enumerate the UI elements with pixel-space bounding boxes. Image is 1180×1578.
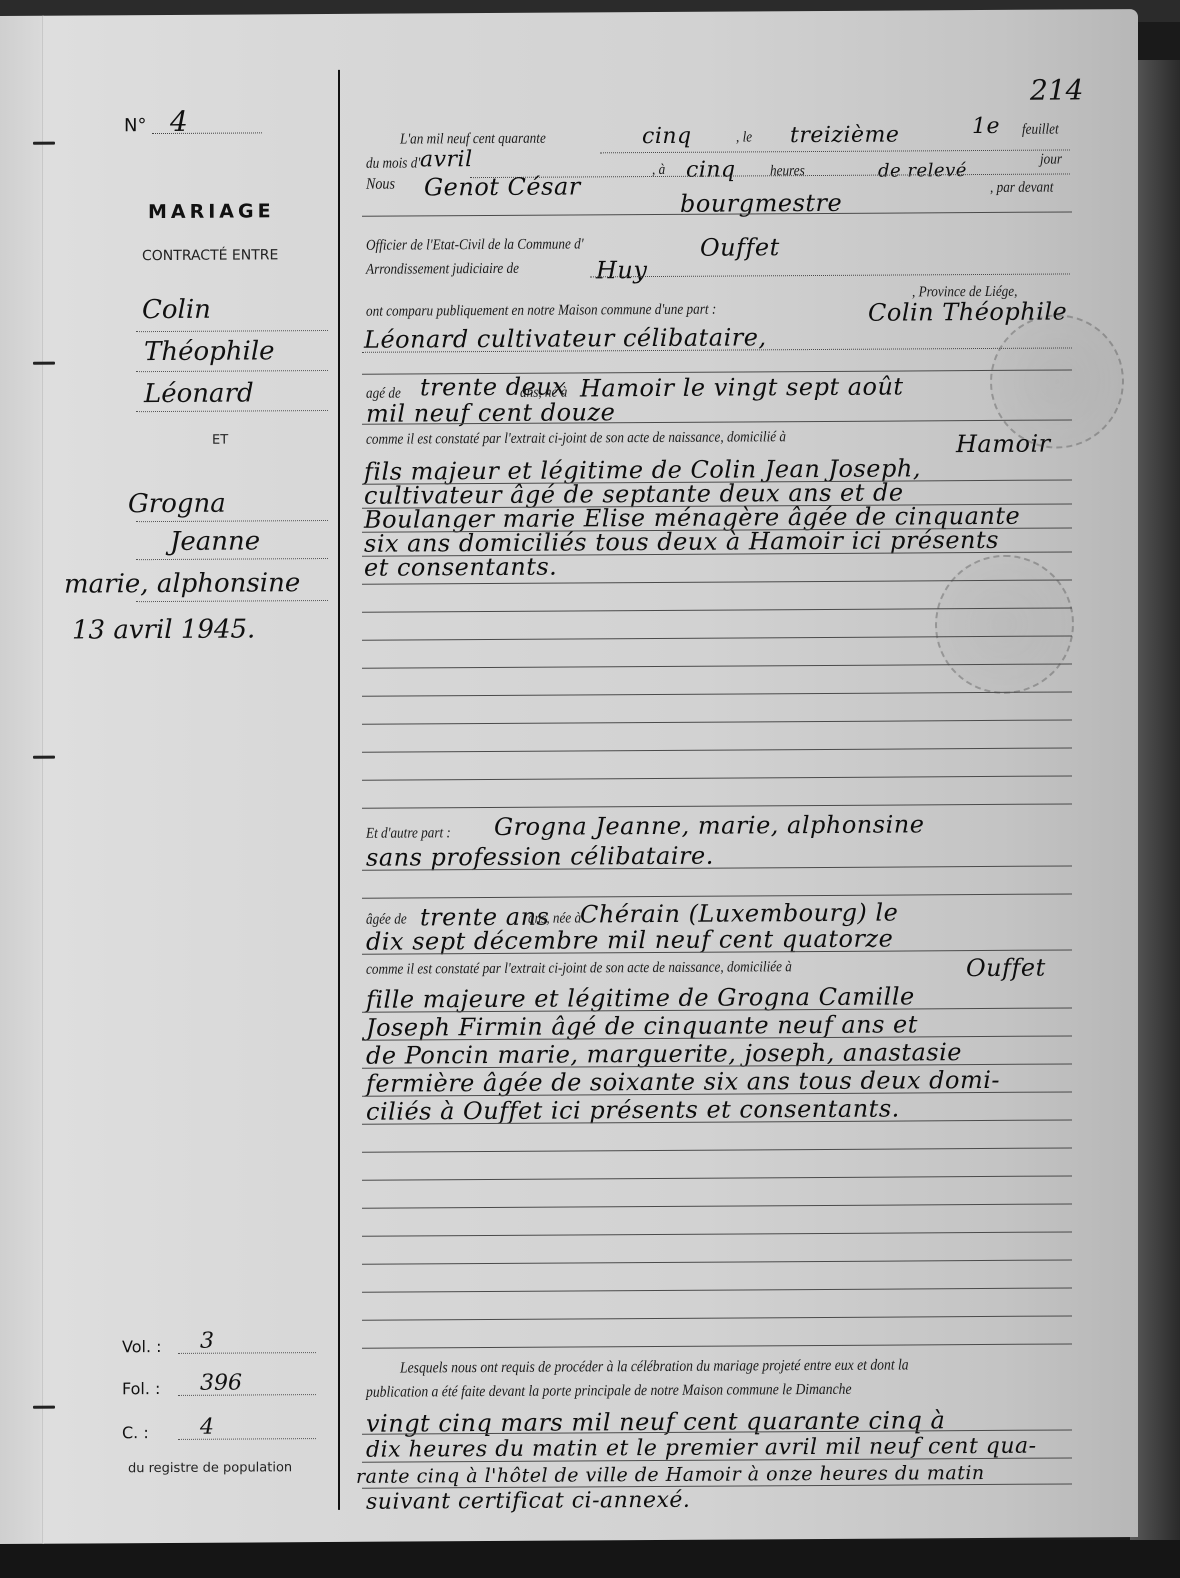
- spouse2-firstname: Jeanne: [170, 526, 260, 557]
- spouse1-line: [136, 330, 328, 332]
- scan-backdrop-bottom: [0, 1540, 1180, 1578]
- spouse2-line: [136, 520, 328, 522]
- binding-gutter: [42, 16, 44, 1544]
- margin-column: N° 4 MARIAGE CONTRACTÉ ENTRE Colin Théop…: [100, 14, 330, 15]
- spouse2-line: [136, 600, 328, 602]
- ruled-line: [362, 719, 1072, 724]
- column-divider: [338, 70, 340, 1510]
- officer-name: Genot César: [424, 172, 581, 201]
- groom-constat: comme il est constaté par l'extrait ci-j…: [366, 429, 786, 449]
- ruled-line: [362, 1287, 1072, 1292]
- groom-name-line1: Colin Théophile: [868, 297, 1067, 326]
- year-word: cinq: [642, 124, 692, 149]
- sheet-label: feuillet: [1022, 122, 1059, 139]
- c-label: C. :: [122, 1423, 149, 1442]
- spouse2-line: [136, 558, 328, 560]
- binding-stitch: [33, 362, 55, 365]
- register-c: C. : 4: [122, 1423, 149, 1442]
- bride-constat: comme il est constaté par l'extrait ci-j…: [366, 959, 792, 979]
- hour-label: heures: [770, 163, 805, 180]
- bride-ans-nee: ans, née à: [528, 910, 581, 927]
- ruled-line: [362, 1343, 1072, 1348]
- spouse2-middlenames: marie, alphonsine: [64, 568, 300, 599]
- ruled-line: [362, 1147, 1072, 1152]
- vol-value: 3: [200, 1329, 214, 1354]
- ruled-line: [362, 803, 1072, 808]
- ruled-line: [362, 893, 1072, 898]
- groom-parents-line5: et consentants.: [364, 553, 557, 582]
- ruled-line: [362, 1315, 1072, 1320]
- bride-intro: Et d'autre part :: [366, 825, 451, 843]
- jour-label: jour: [1040, 152, 1062, 169]
- register-vol: Vol. : 3: [122, 1337, 162, 1356]
- number-label: N°: [124, 115, 146, 136]
- hour-value: cinq: [686, 158, 736, 183]
- act-title: MARIAGE: [148, 200, 275, 223]
- vol-label: Vol. :: [122, 1337, 162, 1356]
- period-value: de relevé: [878, 160, 967, 182]
- bride-name-line1: Grogna Jeanne, marie, alphonsine: [494, 810, 924, 841]
- ruled-line: [362, 691, 1072, 696]
- ruled-line: [362, 1203, 1072, 1208]
- fol-line: [178, 1394, 316, 1396]
- le-label: , le: [736, 129, 752, 146]
- register-page: 214 N° 4 MARIAGE CONTRACTÉ ENTRE Colin T…: [0, 9, 1138, 1544]
- publication-line2: publication a été faite devant la porte …: [366, 1381, 851, 1402]
- c-value: 4: [200, 1415, 214, 1440]
- official-stamp: [990, 314, 1124, 449]
- ruled-line: [590, 273, 1070, 277]
- ruled-line: [362, 1175, 1072, 1180]
- month-prefix: du mois d': [366, 155, 420, 172]
- ruled-line: [362, 747, 1072, 752]
- register-fol: Fol. : 396: [122, 1379, 160, 1398]
- preamble-year-prefix: L'an mil neuf cent quarante: [400, 131, 546, 149]
- binding-stitch: [33, 142, 55, 145]
- day-word: treizième: [790, 123, 899, 149]
- number-value: 4: [170, 105, 188, 138]
- arrondissement-value: Huy: [596, 256, 647, 284]
- act-subtitle: CONTRACTÉ ENTRE: [142, 247, 278, 264]
- groom-domicile: Hamoir: [956, 430, 1051, 459]
- bride-age-label: âgée de: [366, 912, 407, 929]
- ruled-line: [362, 1231, 1072, 1236]
- publication-line1: Lesquels nous ont requis de procéder à l…: [400, 1356, 909, 1377]
- ruled-line: [600, 149, 1070, 153]
- spouse1-line: [136, 410, 328, 412]
- binding-stitch: [33, 1406, 55, 1409]
- officer-label: Officier de l'Etat-Civil de la Commune d…: [366, 236, 584, 254]
- groom-intro: ont comparu publiquement en notre Maison…: [366, 302, 716, 321]
- month-value: avril: [420, 147, 473, 172]
- c-line: [178, 1438, 316, 1440]
- fol-label: Fol. :: [122, 1379, 160, 1398]
- marriage-date: 13 avril 1945.: [72, 614, 255, 645]
- ruled-line: [362, 1259, 1072, 1264]
- register-footer: du registre de population: [128, 1460, 292, 1476]
- spouse2-surname: Grogna: [128, 489, 226, 520]
- spouse1-firstname: Théophile: [144, 336, 275, 367]
- ruled-line: [362, 775, 1072, 780]
- act-number: N° 4: [124, 115, 146, 136]
- spouse1-surname: Colin: [142, 295, 211, 325]
- number-line: [152, 132, 262, 134]
- commune-value: Ouffet: [700, 233, 780, 261]
- official-stamp: [935, 554, 1074, 694]
- folio-mark: 214: [1030, 73, 1083, 106]
- binding-stitch: [33, 756, 55, 759]
- arrondissement-label: Arrondissement judiciaire de: [366, 261, 519, 279]
- nous-label: Nous: [366, 176, 395, 194]
- groom-birth-line1: Hamoir le vingt sept août: [580, 372, 904, 402]
- publication-hand-line4: suivant certificat ci-annexé.: [366, 1488, 690, 1515]
- fol-value: 396: [200, 1371, 242, 1396]
- par-devant-label: , par devant: [990, 180, 1053, 197]
- vol-line: [178, 1352, 316, 1354]
- spouse1-middlename: Léonard: [144, 378, 254, 409]
- spouse1-line: [136, 370, 328, 372]
- sheet-value: 1e: [972, 114, 1000, 139]
- bride-domicile: Ouffet: [966, 954, 1046, 982]
- conjunction: ET: [212, 433, 228, 448]
